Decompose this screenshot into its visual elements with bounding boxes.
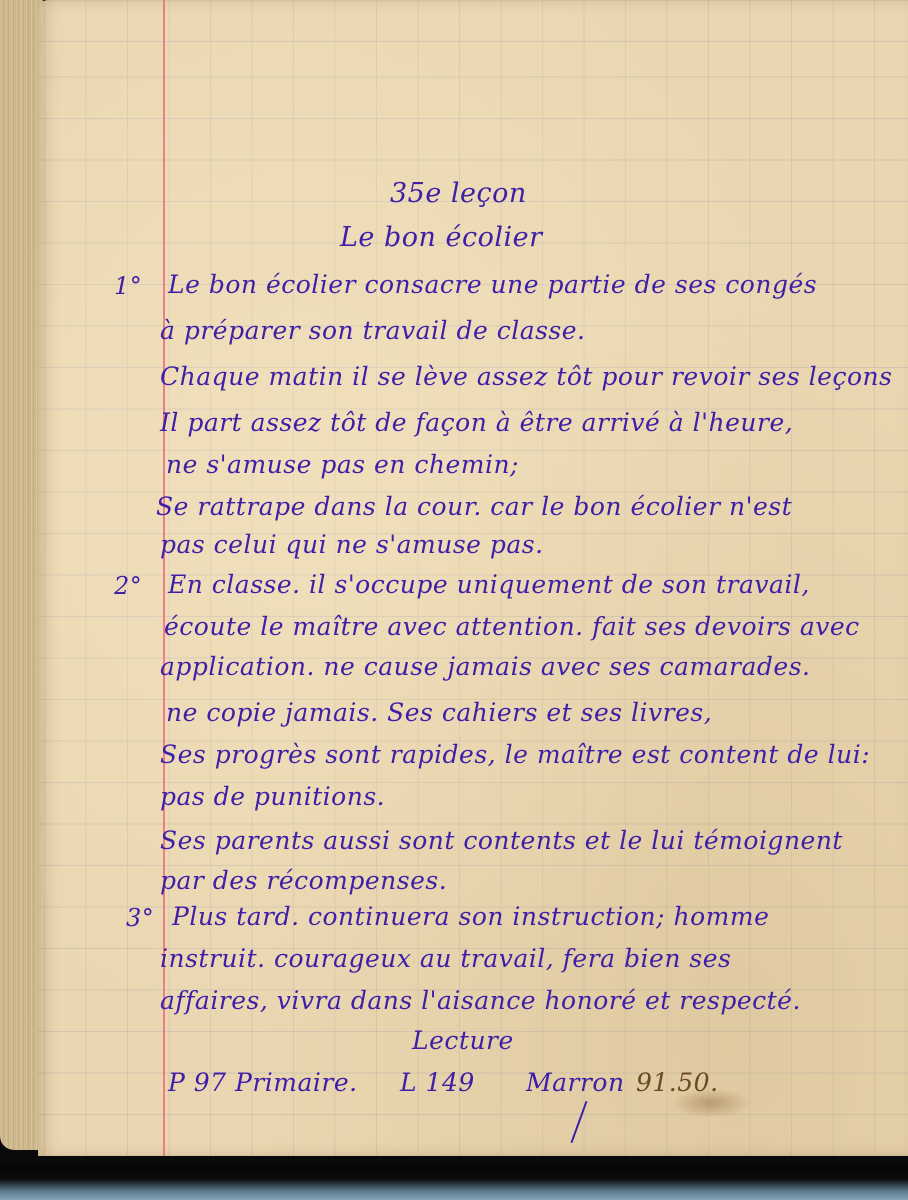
text-line: par des récompenses.: [160, 866, 447, 895]
section-number-2: 2°: [114, 572, 142, 600]
text-line: En classe. il s'occupe uniquement de son…: [168, 570, 810, 599]
notebook-page: 35e leçon Le bon écolier 1° Le bon écoli…: [38, 0, 908, 1156]
reading-ref-name: Marron: [526, 1068, 625, 1097]
red-margin-line: [163, 0, 165, 1156]
text-line: Chaque matin il se lève assez tôt pour r…: [160, 362, 892, 391]
reading-heading: Lecture: [412, 1026, 514, 1055]
text-line: instruit. courageux au travail, fera bie…: [160, 944, 731, 973]
text-line: Se rattrape dans la cour. car le bon éco…: [156, 492, 792, 521]
text-line: pas de punitions.: [160, 782, 385, 811]
text-line: ne s'amuse pas en chemin;: [166, 450, 519, 479]
lesson-number: 35e leçon: [390, 178, 527, 209]
text-line: pas celui qui ne s'amuse pas.: [160, 530, 544, 559]
text-line: Il part assez tôt de façon à être arrivé…: [160, 408, 793, 437]
section-number-3: 3°: [126, 904, 154, 932]
reading-ref-grade: 91.50.: [636, 1068, 719, 1097]
text-line: à préparer son travail de classe.: [160, 316, 586, 345]
text-line: Ses progrès sont rapides, le maître est …: [160, 740, 870, 769]
reading-ref-page: P 97 Primaire.: [168, 1068, 358, 1097]
scanner-background: [0, 1165, 908, 1200]
text-line: affaires, vivra dans l'aisance honoré et…: [160, 986, 801, 1015]
text-line: application. ne cause jamais avec ses ca…: [160, 652, 810, 681]
ink-stroke: [571, 1101, 588, 1143]
reading-ref-lesson: L 149: [400, 1068, 475, 1097]
text-line: Ses parents aussi sont contents et le lu…: [160, 826, 843, 855]
section-number-1: 1°: [114, 272, 142, 300]
lesson-title: Le bon écolier: [340, 222, 543, 253]
text-line: Plus tard. continuera son instruction; h…: [172, 902, 769, 931]
text-line: écoute le maître avec attention. fait se…: [164, 612, 860, 641]
text-line: ne copie jamais. Ses cahiers et ses livr…: [166, 698, 712, 727]
text-line: Le bon écolier consacre une partie de se…: [168, 270, 817, 299]
page-stack-edge: [0, 0, 43, 1150]
